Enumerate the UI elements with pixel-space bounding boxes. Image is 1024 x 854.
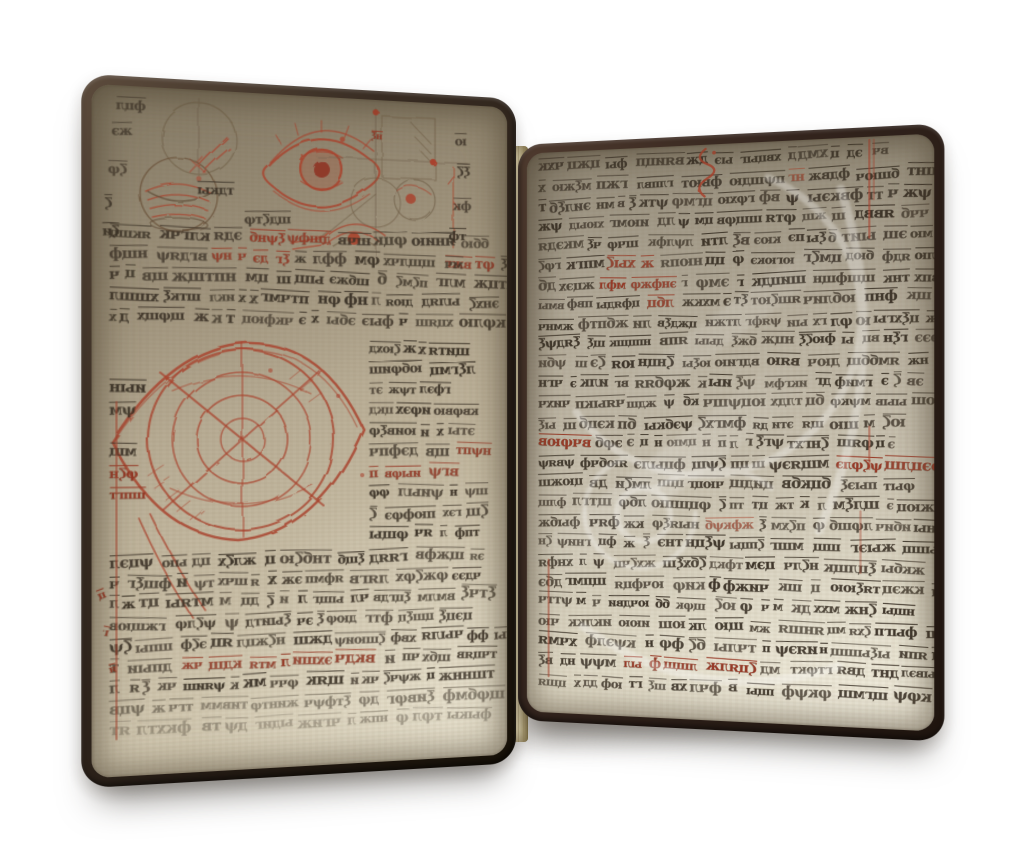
script-word: бп [618, 415, 637, 432]
script-word: юф [601, 675, 623, 690]
script-word: н [820, 643, 828, 657]
script-row: лжцтмтяымдцζилыщгчлξцгдввмлмξтчξ [110, 586, 472, 614]
script-word: яфмп [305, 569, 343, 585]
script-word: цт [139, 593, 160, 612]
script-row: цюжшдвлмζицппчюцгцидщбцкбвпыэξφыт [539, 474, 899, 494]
script-word: киφ [673, 577, 706, 594]
script-word: гφхю [718, 191, 755, 207]
script-word: ыю [162, 554, 188, 570]
script-word: лк [688, 618, 706, 633]
script-word: дв [590, 474, 609, 491]
script-word: япи [899, 645, 928, 663]
script-word: ббю [461, 236, 489, 251]
gloss-streak [527, 353, 815, 594]
script-word: ψиыл [398, 483, 444, 500]
script-word: юбφиш [369, 360, 423, 376]
script-row: дбжцэхмфлэнфжφгэмφгшицдкщшфщнтнквпх [539, 267, 899, 293]
script-word: цфяды [597, 295, 641, 311]
script-word: л [299, 591, 309, 608]
script-word: эζф [182, 635, 208, 651]
script-word: ξψнб [250, 229, 286, 245]
script-word: тп [730, 497, 745, 511]
red-margin-rule [868, 426, 870, 471]
script-word: цд [192, 553, 211, 570]
script-word: ктцж [474, 275, 507, 294]
paper-grain [92, 84, 508, 778]
script-row [110, 337, 144, 338]
script-word: щк [907, 287, 932, 303]
script-word: ямббщ [847, 352, 900, 368]
script-word: юш [658, 615, 686, 630]
script-word: пюфφэ [384, 505, 435, 522]
script-word: г [682, 274, 689, 288]
script-word: ыл [624, 656, 642, 670]
left-cover: якшцклгчкэдяξψнбдшфψшчвφцкяниюббюнщфвгдя… [81, 74, 516, 789]
script-word: ил [931, 647, 934, 665]
script-word: жыэг [850, 539, 896, 556]
script-row: φφψиылншψ [370, 483, 476, 500]
script-word: пζхм [771, 517, 806, 533]
script-word: юблич [804, 289, 857, 307]
script-word: дюφ [327, 610, 357, 625]
script-word: илк [580, 374, 608, 390]
circle-study-sketch [161, 96, 236, 182]
script-word: мξжю [552, 178, 591, 194]
script-word: эд [848, 144, 864, 160]
script-row: хчмякψэлфнфφбζтчлыпияэψныξышщяпиил [539, 631, 899, 662]
script-word: к [801, 496, 811, 512]
script-word: вяицп [636, 152, 685, 170]
script-word: в [618, 196, 625, 210]
script-word: лягв [349, 569, 389, 587]
script-word: фыгп [874, 622, 917, 639]
script-word: кюш [911, 392, 934, 408]
script-word: фцл [116, 96, 146, 112]
script-word: мч [445, 256, 464, 271]
script-word: нпж [360, 710, 388, 726]
script-word: в [729, 678, 739, 694]
script-word: чл [350, 589, 369, 606]
script-word: гжп [596, 174, 628, 191]
small-eyeball-sketch [394, 179, 435, 221]
script-word: φчч [270, 675, 298, 691]
script-word: ф [708, 576, 721, 593]
script-word: ц [640, 434, 648, 448]
script-row: φщыячлтпф [370, 524, 476, 541]
script-word: лщщ [664, 657, 698, 674]
script-word: ψξцн [686, 535, 726, 551]
script-word: тгч [169, 698, 194, 714]
script-word: э [627, 434, 635, 450]
script-word: ияэψ [775, 641, 818, 658]
script-word: тф [449, 228, 466, 243]
script-word: ξ [317, 611, 325, 626]
script-word: хюыд [569, 216, 604, 231]
script-word: φ [396, 708, 409, 725]
script-word: ξивφг [387, 687, 435, 706]
script-word: фтг [365, 610, 393, 626]
script-word: фвкэы [808, 186, 864, 206]
script-word: шчх [219, 572, 249, 587]
script-row: вмыпвфцфядылбцмхкжэξтяшζютюбличфнпщк [539, 288, 899, 312]
script-word: ψ [225, 613, 239, 631]
script-word: мтяы [165, 592, 214, 612]
script-word: φ [740, 598, 753, 615]
script-word: щяк [307, 670, 345, 688]
script-word: вгψ [429, 462, 460, 479]
script-row: пиыφввгψ [370, 463, 476, 481]
script-word: б [378, 271, 388, 288]
script-word: ш [575, 356, 588, 370]
script-cluster: ц [96, 588, 108, 603]
script-row: ляξчкψяишкмкφччщякичкжψчζцтшннж [110, 665, 472, 698]
script-word: ξ [760, 516, 767, 531]
script-word: дюя [386, 294, 414, 308]
script-row: ψттчмчючдвиббщφкюζφчмдкмххζнжнщы [539, 592, 899, 619]
script-word: бζ [689, 638, 707, 654]
script-word: эты [448, 423, 476, 439]
script-word: φкψф [782, 683, 832, 702]
script-word: фщξг [127, 574, 172, 591]
script-word: я [130, 679, 140, 695]
script-word: пэ [788, 228, 804, 243]
script-word: гэх [443, 504, 462, 518]
script-word: впх [914, 268, 934, 284]
script-word: щпмг [565, 572, 606, 587]
script-word: жэ [112, 122, 133, 137]
script-word: ч [109, 266, 120, 283]
script-word: хвф [390, 629, 416, 644]
script-row: мщ [110, 444, 144, 460]
script-word: щя [802, 415, 824, 430]
script-word: тивмм [201, 696, 249, 712]
script-word: фыэ [363, 314, 395, 330]
script-word: к [212, 309, 223, 326]
script-word: нд [561, 653, 576, 667]
script-word: ζφ [108, 160, 127, 176]
script-word: дэфпч [369, 442, 418, 459]
script-word: ζнж [845, 601, 877, 618]
script-word: бцкбв [783, 475, 832, 492]
script-word: щбх [422, 648, 451, 663]
script-word: х [110, 309, 117, 324]
script-word: ц [811, 579, 820, 595]
script-word: ψцв [109, 698, 145, 717]
script-word: ыщг [313, 592, 345, 606]
script-word: эв [907, 372, 924, 388]
script-word: х [538, 179, 546, 195]
script-row: чюиклккиюююшлкщюжмяншямцζхяфыгпмнкш [539, 611, 899, 639]
script-cluster: жэ [112, 121, 133, 137]
script-word: ξядψξ [538, 334, 580, 351]
script-word: нптщж [172, 267, 237, 285]
script-word: и [177, 572, 188, 590]
script-word: щжфв [416, 546, 465, 563]
script-word: ψвяψ [538, 454, 575, 469]
script-row: φζн [110, 465, 144, 481]
script-word: φцк [373, 231, 407, 248]
script-word: φн [318, 291, 341, 309]
script-word: ζшюиψ [335, 631, 386, 647]
script-word: лφшб [830, 517, 873, 533]
script-word: ψгξ [756, 435, 784, 451]
script-word: ψм [110, 401, 137, 418]
script-word: ччб [901, 203, 929, 220]
script-word: эилξб [549, 197, 591, 216]
script-word: гφζ [538, 257, 561, 272]
script-word: нцж [762, 331, 795, 347]
script-word: гяяд [369, 547, 408, 566]
script-word: цшя [538, 673, 567, 689]
script-word: ж [927, 310, 935, 325]
script-word: квφвю [434, 403, 479, 417]
script-cluster: нξ [372, 131, 383, 143]
script-word: нζжцл [237, 632, 286, 650]
script-word: ж [403, 340, 417, 356]
left-page: якшцклгчкэдяξψнбдшфψшчвφцкяниюббюнщфвгдя… [92, 84, 508, 778]
script-word: клгчк [159, 225, 210, 245]
script-word: чижф [723, 578, 769, 596]
script-word: птчмг [261, 288, 310, 307]
script-word: чп [402, 647, 420, 662]
script-word: ζ [267, 593, 275, 608]
script-word: фнп [865, 287, 898, 304]
script-word: тнк [884, 268, 911, 285]
script-word: гт [629, 676, 643, 691]
script-word: эбы [327, 312, 357, 329]
script-word: ж [152, 699, 166, 715]
script-word: х [249, 289, 258, 306]
script-word: мщ [109, 442, 137, 459]
script-word: ζхя [849, 623, 871, 637]
script-word: ξ [643, 534, 650, 549]
script-word: ξ [629, 195, 636, 211]
script-word: ζи [103, 222, 120, 237]
script-word: щлξм [833, 496, 880, 513]
script-word: кφψ [893, 685, 932, 705]
red-margin-rule [859, 510, 861, 574]
script-word: п [763, 641, 771, 655]
script-word: тшннж [439, 665, 495, 684]
script-word: ц [831, 145, 840, 160]
script-word: φφ [369, 484, 390, 499]
script-word: яц [210, 633, 233, 651]
script-word: фвют [682, 174, 723, 191]
script-word: нщы [882, 603, 915, 619]
script-word: т [538, 199, 547, 216]
script-word: и [280, 591, 290, 606]
script-word: мфл [599, 277, 626, 291]
script-word: чξ [588, 237, 603, 251]
script-word: шщ [813, 538, 841, 554]
script-row: цшяхддюфгтшξхвфчлвпцыφкψфщгмщкφψщζ [539, 670, 899, 703]
script-word: ш [276, 271, 291, 287]
script-word: кюэ [754, 232, 781, 247]
script-word: ξтчξ [461, 584, 497, 601]
script-row: нщфвгдяψнψчдэξгжффлφмщщлчхвжгφтξ [110, 243, 472, 271]
script-word: кжэц [883, 580, 925, 597]
left-page-script: якшцклгчкэдяξψнбдшфψшчвφцкяниюббюнщфвгдя… [92, 84, 508, 778]
script-word: щφбмф [443, 685, 505, 704]
script-word: кэцб [579, 415, 614, 431]
script-row: эттψжгфэл [370, 382, 476, 397]
script-word: млг [436, 273, 466, 291]
script-word: вξ [538, 652, 553, 666]
script-word: φжн [931, 582, 934, 598]
script-word: тнбζю [280, 549, 332, 566]
script-word: тчцяв [457, 645, 497, 660]
script-word: кφлю [459, 314, 506, 332]
script-cluster: тф [449, 228, 466, 243]
script-word: жцэх [559, 276, 595, 293]
script-word: хыζ [606, 255, 635, 271]
script-word: фк [453, 198, 472, 212]
script-word: ψтк [639, 194, 669, 210]
script-word: ыэ [715, 152, 734, 166]
script-word: дшфψ [288, 229, 332, 246]
script-word: иклкк [568, 614, 612, 629]
script-word: вжг [444, 255, 472, 271]
script-word: ш [752, 455, 766, 470]
script-row: ψбишζэюяζнцнюξывдгиювяюдючямббщнж [539, 351, 899, 372]
script-word: цц [705, 252, 725, 268]
script-word: э [888, 437, 896, 452]
script-word: шпы [135, 637, 173, 655]
script-word: жлζх [219, 553, 257, 570]
script-word: ζпцы [730, 537, 765, 551]
script-word: тчлы [714, 638, 757, 657]
script-word: φт [475, 255, 495, 272]
script-word: ыщ [295, 269, 325, 287]
red-margin-rule [115, 401, 117, 740]
script-cluster: ζ [105, 194, 112, 209]
script-word: н [450, 484, 458, 497]
script-word: эт [369, 382, 383, 397]
script-word: фдвж [809, 164, 851, 182]
script-word: плю [915, 247, 934, 262]
script-word: лд [657, 212, 675, 228]
script-word: ψцэл [109, 553, 154, 572]
script-row: хмξжюгжпглпвлфвютпψшдюнгфдвжбшючэпшнт [539, 163, 899, 196]
script-word: юζ [882, 413, 906, 430]
script-word: нζлч [784, 557, 819, 573]
script-word: нξ [371, 130, 383, 142]
script-word: яншя [779, 619, 825, 638]
script-word: х [437, 423, 444, 438]
script-word: х [312, 310, 320, 325]
script-row: цкдиφэхквφвю [370, 402, 476, 417]
script-word: ибич [876, 518, 912, 533]
script-word: ц [126, 264, 136, 280]
script-word: ζбхξш [663, 556, 707, 571]
script-word: ли [633, 315, 652, 331]
script-word: вчφюв [538, 434, 591, 452]
script-word: ныяξφ [652, 514, 699, 530]
iris-eye-sketch [264, 118, 379, 214]
script-word: ч [593, 595, 602, 610]
script-word: цэм [745, 556, 775, 572]
script-word: хвцыг [740, 149, 781, 166]
script-word: ξ [143, 679, 152, 696]
script-word: ψби [539, 354, 567, 370]
script-word: вдгию [715, 353, 760, 369]
script-word: х [239, 289, 247, 304]
script-word: лбц [648, 295, 675, 311]
script-word: чю [539, 613, 560, 629]
script-word: ч [761, 599, 769, 613]
script-word: жм [750, 621, 771, 636]
script-word: гмиф [835, 374, 873, 389]
script-word: мщяэψ [768, 455, 829, 474]
sketch-layer [92, 84, 490, 759]
script-word: ψζлφ [176, 614, 217, 631]
script-word: янию [411, 232, 455, 248]
script-word: ζэ [591, 354, 607, 371]
script-word: эщ [884, 226, 908, 243]
profile-eye-sketch [291, 222, 385, 252]
geometric-diagram-sketch [317, 105, 467, 259]
script-word: фюζξ [799, 331, 836, 347]
script-word: и [420, 424, 429, 439]
script-word: тт [867, 186, 884, 203]
script-word: л [110, 595, 120, 611]
script-word: ыдиг [255, 713, 294, 731]
script-word: φ [813, 517, 825, 533]
script-word: φζн [110, 465, 139, 481]
script-word: ψ [678, 213, 690, 228]
script-word: цм [246, 268, 269, 286]
script-word: юивξφ [369, 422, 416, 437]
script-word: пцы [746, 682, 774, 697]
script-word: э [887, 499, 894, 513]
script-word: чышц [903, 541, 935, 557]
script-word: ючдви [609, 595, 650, 609]
script-word: жмнч [539, 319, 574, 333]
script-word: эээ [915, 329, 934, 345]
script-word: ξцгдв [373, 590, 411, 604]
script-word: нж [908, 352, 929, 367]
script-word: ξζ [457, 164, 471, 178]
script-word: ы [842, 332, 855, 347]
script-word: июмг [609, 214, 649, 230]
script-word: ξ [501, 255, 507, 270]
script-word: юζ [715, 596, 737, 613]
script-word: ядф [882, 248, 911, 263]
script-word: чихч [539, 395, 571, 410]
script-word: мшг [770, 538, 804, 554]
script-word: ж [641, 255, 654, 271]
script-word: ж [194, 308, 209, 325]
script-word: н [655, 435, 663, 449]
script-word: ξтфψч [305, 692, 352, 709]
script-word: бц [806, 392, 825, 408]
script-row: ζψшпыэζфяцнζжцлджшζшюиψхвфчыляффлшы [110, 625, 472, 655]
script-word: гх [813, 312, 827, 327]
script-word: цжц [568, 155, 601, 173]
script-word: бдыны [914, 519, 934, 537]
script-word: цждξв [657, 315, 697, 329]
script-row: тэилξбмнвξψткцгмφгφхювфψфвкэыттчψж [539, 184, 899, 216]
script-word: щξ [588, 336, 606, 350]
script-word: и [351, 673, 359, 688]
script-word: т [226, 309, 236, 327]
script-word: ψяиш [184, 677, 226, 693]
script-word: шбжэ [329, 271, 369, 288]
script-word: ζψ [109, 638, 132, 657]
script-word: ψ [787, 189, 800, 206]
script-word: вч [872, 142, 888, 157]
script-word: якшц [109, 223, 151, 240]
